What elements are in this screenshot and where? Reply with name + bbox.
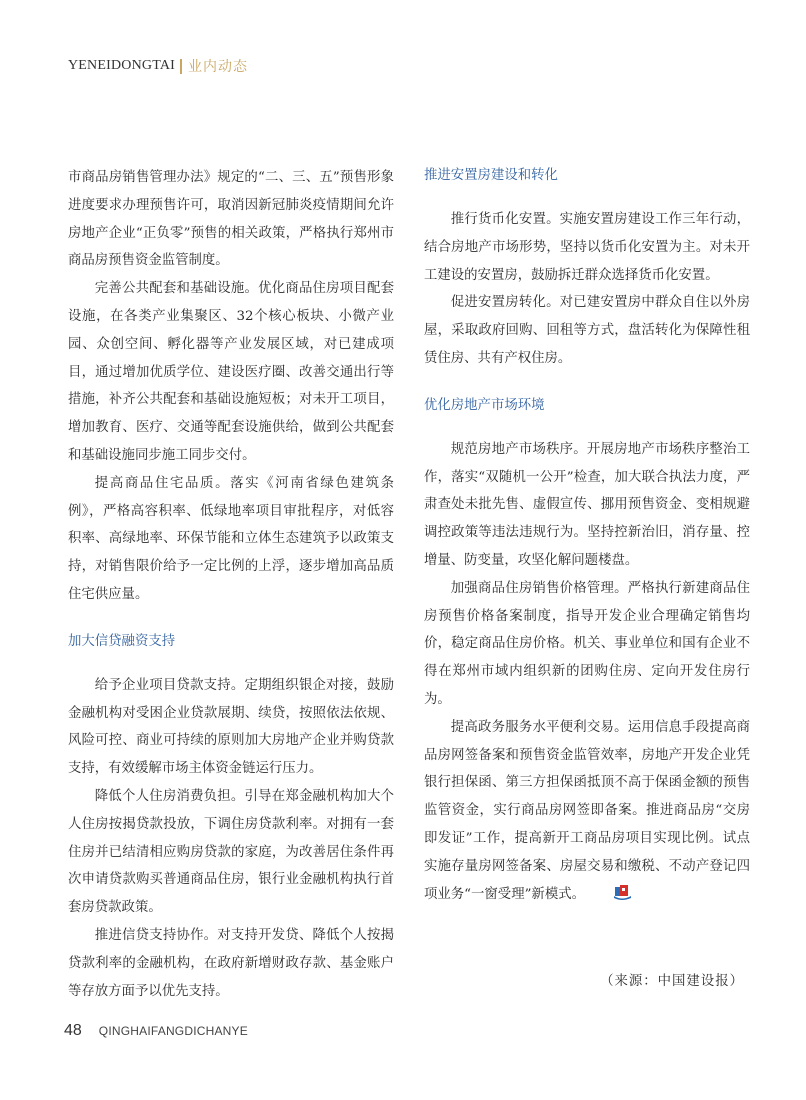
section-heading-resettlement: 推进安置房建设和转化 — [424, 162, 750, 190]
paragraph: 提高商品住宅品质。落实《河南省绿色建筑条例》，严格高容积率、低绿地率项目审批程序… — [68, 470, 394, 609]
section-title-en: YENEIDONGTAI — [68, 58, 175, 74]
paragraph: 给予企业项目贷款支持。定期组织银企对接，鼓励金融机构对受困企业贷款展期、续贷，按… — [68, 672, 394, 783]
magazine-name: QINGHAIFANGDICHANYE — [99, 1024, 248, 1038]
page-number: 48 — [64, 1022, 82, 1040]
section-header: YENEIDONGTAI 业内动态 — [68, 56, 248, 76]
paragraph: 完善公共配套和基础设施。优化商品住房项目配套设施，在各类产业集聚区、32个核心板… — [68, 275, 394, 470]
paragraph: 加强商品住房销售价格管理。严格执行新建商品住房预售价格备案制度，指导开发企业合理… — [424, 575, 750, 714]
header-divider — [180, 59, 182, 74]
section-heading-market: 优化房地产市场环境 — [424, 392, 750, 420]
right-column: 推进安置房建设和转化 推行货币化安置。实施安置房建设工作三年行动，结合房地产市场… — [424, 164, 750, 908]
paragraph: 推进信贷支持协作。对支持开发贷、降低个人按揭贷款利率的金融机构，在政府新增财政存… — [68, 922, 394, 1005]
page-footer: 48 QINGHAIFANGDICHANYE — [64, 1022, 248, 1040]
article-source: （来源：中国建设报） — [600, 970, 744, 989]
paragraph-final: 提高政务服务水平便利交易。运用信息手段提高商品房网签备案和预售资金监管效率，房地… — [424, 714, 750, 909]
paragraph: 推行货币化安置。实施安置房建设工作三年行动，结合房地产市场形势，坚持以货币化安置… — [424, 206, 750, 289]
left-column: 市商品房销售管理办法》规定的“二、三、五”预售形象进度要求办理预售许可，取消因新… — [68, 164, 394, 1005]
paragraph: 市商品房销售管理办法》规定的“二、三、五”预售形象进度要求办理预售许可，取消因新… — [68, 164, 394, 275]
section-title-cn: 业内动态 — [188, 56, 248, 76]
section-heading-credit: 加大信贷融资支持 — [68, 628, 394, 656]
paragraph: 规范房地产市场秩序。开展房地产市场秩序整治工作，落实“双随机一公开”检查，加大联… — [424, 436, 750, 575]
paragraph: 降低个人住房消费负担。引导在郑金融机构加大个人住房按揭贷款投放，下调住房贷款利率… — [68, 783, 394, 922]
paragraph-text: 提高政务服务水平便利交易。运用信息手段提高商品房网签备案和预售资金监管效率，房地… — [424, 720, 750, 902]
magazine-logo-icon — [587, 884, 604, 901]
paragraph: 促进安置房转化。对已建安置房中群众自住以外房屋，采取政府回购、回租等方式，盘活转… — [424, 289, 750, 372]
